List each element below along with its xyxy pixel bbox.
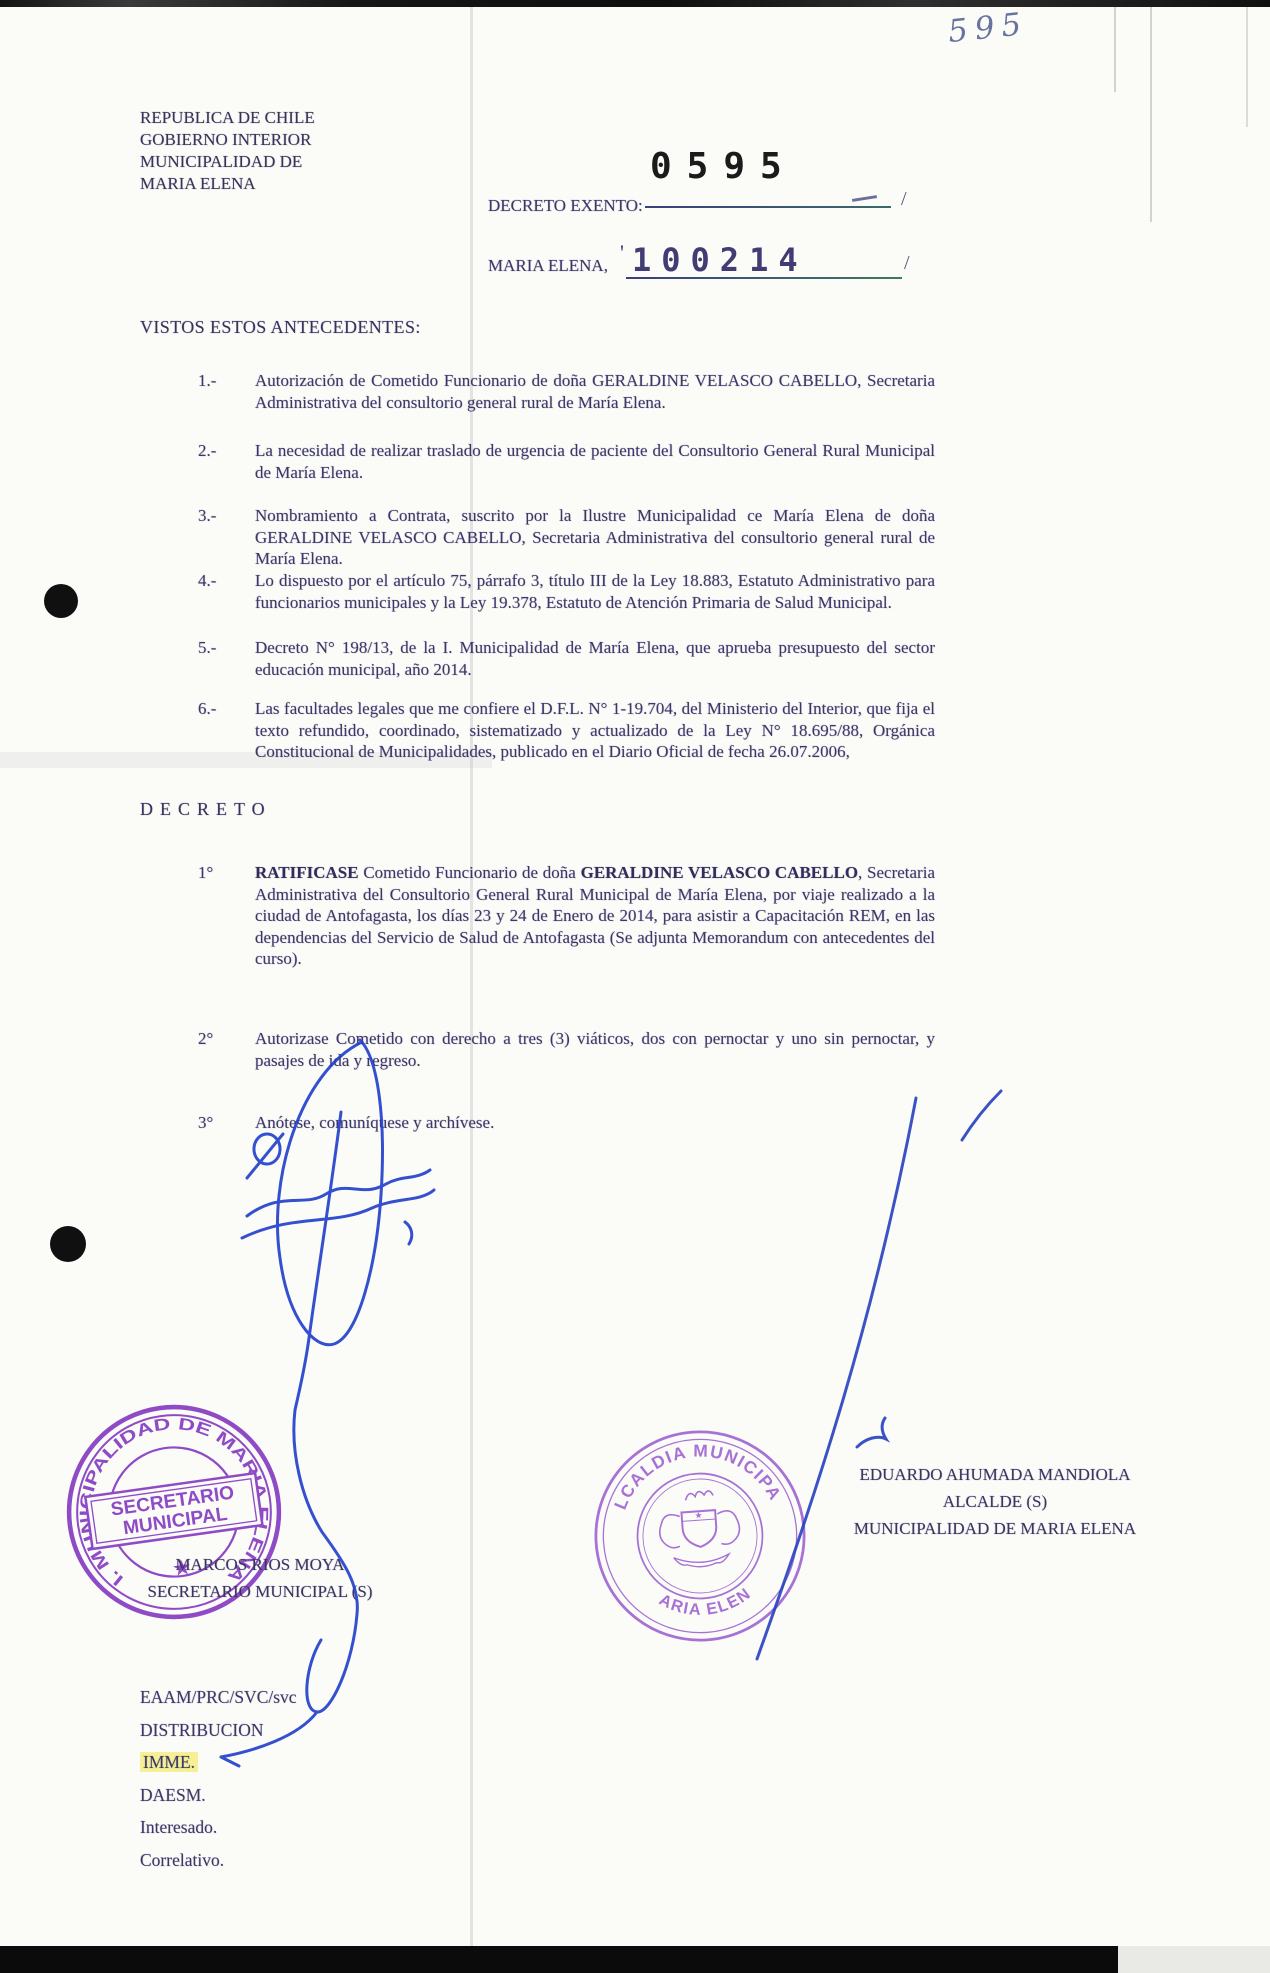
- svg-text:MARIA ELENA: MARIA ELENA: [586, 1420, 756, 1627]
- scan-edge-line: [1246, 7, 1248, 127]
- item-text: Decreto N° 198/13, de la I. Municipalida…: [255, 637, 935, 680]
- vistos-item: 2.- La necesidad de realizar traslado de…: [198, 440, 935, 483]
- decreto-exento-label: DECRETO EXENTO:: [488, 196, 643, 216]
- letterhead-line: REPUBLICA DE CHILE: [140, 107, 315, 129]
- svg-text:★: ★: [694, 1510, 703, 1521]
- distribution-block: EAAM/PRC/SVC/svc DISTRIBUCION IMME. DAES…: [140, 1681, 297, 1877]
- handwritten-number: 595: [946, 6, 1029, 50]
- item-number: 1°: [198, 862, 255, 970]
- pen-tick: ': [620, 240, 624, 266]
- place-date-label: MARIA ELENA,: [488, 256, 608, 276]
- decreto-exento-number-stamp: 0595: [650, 146, 797, 187]
- right-signature: [757, 1091, 1001, 1659]
- scan-bottom-bar: [0, 1946, 1118, 1973]
- vistos-item: 6.- Las facultades legales que me confie…: [198, 698, 935, 763]
- vistos-item: 4.- Lo dispuesto por el artículo 75, pár…: [198, 570, 935, 613]
- vistos-heading: VISTOS ESTOS ANTECEDENTES:: [140, 317, 421, 338]
- decreto-item: 3° Anótese, comuníquese y archívese.: [198, 1112, 935, 1134]
- scan-top-edge: [0, 0, 1270, 7]
- letterhead: REPUBLICA DE CHILE GOBIERNO INTERIOR MUN…: [140, 107, 315, 195]
- hole-punch-mark: [44, 584, 78, 618]
- slash-mark: /: [904, 252, 910, 275]
- stamp-center-line1: SECRETARIO: [110, 1483, 236, 1521]
- left-signature: [221, 1040, 434, 1766]
- signatory-name: EDUARDO AHUMADA MANDIOLA: [800, 1461, 1190, 1488]
- decreto-item: 1° RATIFICASE Cometido Funcionario de do…: [198, 862, 935, 970]
- distribution-item: Correlativo.: [140, 1844, 297, 1877]
- date-number-stamp: 100214: [632, 241, 808, 279]
- decreto-heading: DECRETO: [140, 799, 272, 820]
- svg-text:ALCALDIA MUNICIPAL: ALCALDIA MUNICIPAL: [586, 1420, 787, 1518]
- letterhead-line: MARIA ELENA: [140, 173, 315, 195]
- scan-bottom-bar-tail: [1118, 1946, 1270, 1973]
- bold-keyword: RATIFICASE: [255, 863, 359, 882]
- distribution-item: DAESM.: [140, 1779, 297, 1812]
- decreto-item: 2° Autorizase Cometido con derecho a tre…: [198, 1028, 935, 1071]
- decreto-number-underline: [645, 206, 891, 208]
- item-text-part: Cometido Funcionario de doña: [359, 863, 581, 882]
- scan-edge-line: [1150, 7, 1152, 222]
- scanned-decree-page: 595 REPUBLICA DE CHILE GOBIERNO INTERIOR…: [0, 0, 1270, 1973]
- item-text: RATIFICASE Cometido Funcionario de doña …: [255, 862, 935, 970]
- distribution-item: IMME.: [140, 1746, 297, 1779]
- bold-person-name: GERALDINE VELASCO CABELLO: [581, 863, 858, 882]
- coat-of-arms-icon: ★: [657, 1489, 742, 1569]
- item-number: 2°: [198, 1028, 255, 1071]
- item-number: 1.-: [198, 370, 255, 413]
- letterhead-line: MUNICIPALIDAD DE: [140, 151, 315, 173]
- distribution-item: Interesado.: [140, 1811, 297, 1844]
- item-text: Nombramiento a Contrata, suscrito por la…: [255, 505, 935, 570]
- stamp-center-line2: MUNICIPAL: [122, 1504, 229, 1539]
- item-number: 5.-: [198, 637, 255, 680]
- slash-mark: /: [901, 188, 907, 211]
- ink-signatures-overlay: [0, 0, 1270, 1973]
- signatory-name: MARCOS RIOS MOYA: [118, 1551, 402, 1578]
- item-number: 3°: [198, 1112, 255, 1134]
- item-text: Las facultades legales que me confiere e…: [255, 698, 935, 763]
- item-text: Anótese, comuníquese y archívese.: [255, 1112, 935, 1134]
- distribution-label: DISTRIBUCION: [140, 1714, 297, 1747]
- item-number: 2.-: [198, 440, 255, 483]
- left-signatory-block: MARCOS RIOS MOYA SECRETARIO MUNICIPAL (S…: [118, 1551, 402, 1605]
- stamp-top-text: ALCALDIA MUNICIPAL: [586, 1420, 787, 1518]
- signatory-title: ALCALDE (S): [800, 1488, 1190, 1515]
- scan-fold-line: [470, 7, 473, 1946]
- highlighted-recipient: IMME.: [140, 1752, 198, 1772]
- hole-punch-mark: [50, 1226, 86, 1262]
- item-text: Autorizase Cometido con derecho a tres (…: [255, 1028, 935, 1071]
- signatory-org: MUNICIPALIDAD DE MARIA ELENA: [800, 1515, 1190, 1542]
- item-number: 3.-: [198, 505, 255, 570]
- item-text: Autorización de Cometido Funcionario de …: [255, 370, 935, 413]
- vistos-item: 5.- Decreto N° 198/13, de la I. Municipa…: [198, 637, 935, 680]
- right-signatory-block: EDUARDO AHUMADA MANDIOLA ALCALDE (S) MUN…: [800, 1461, 1190, 1542]
- item-text: La necesidad de realizar traslado de urg…: [255, 440, 935, 483]
- pen-mark: [852, 195, 877, 202]
- item-text: Lo dispuesto por el artículo 75, párrafo…: [255, 570, 935, 613]
- item-number: 6.-: [198, 698, 255, 763]
- letterhead-line: GOBIERNO INTERIOR: [140, 129, 315, 151]
- scan-edge-line: [1114, 7, 1116, 92]
- vistos-item: 1.- Autorización de Cometido Funcionario…: [198, 370, 935, 413]
- date-underline: [626, 277, 902, 279]
- vistos-item: 3.- Nombramiento a Contrata, suscrito po…: [198, 505, 935, 570]
- stamp-bottom-text: MARIA ELENA: [586, 1420, 756, 1627]
- alcaldia-municipal-stamp: ALCALDIA MUNICIPAL MARIA ELENA ★: [586, 1420, 814, 1653]
- initials-line: EAAM/PRC/SVC/svc: [140, 1681, 297, 1714]
- item-number: 4.-: [198, 570, 255, 613]
- signatory-title: SECRETARIO MUNICIPAL (S): [118, 1578, 402, 1605]
